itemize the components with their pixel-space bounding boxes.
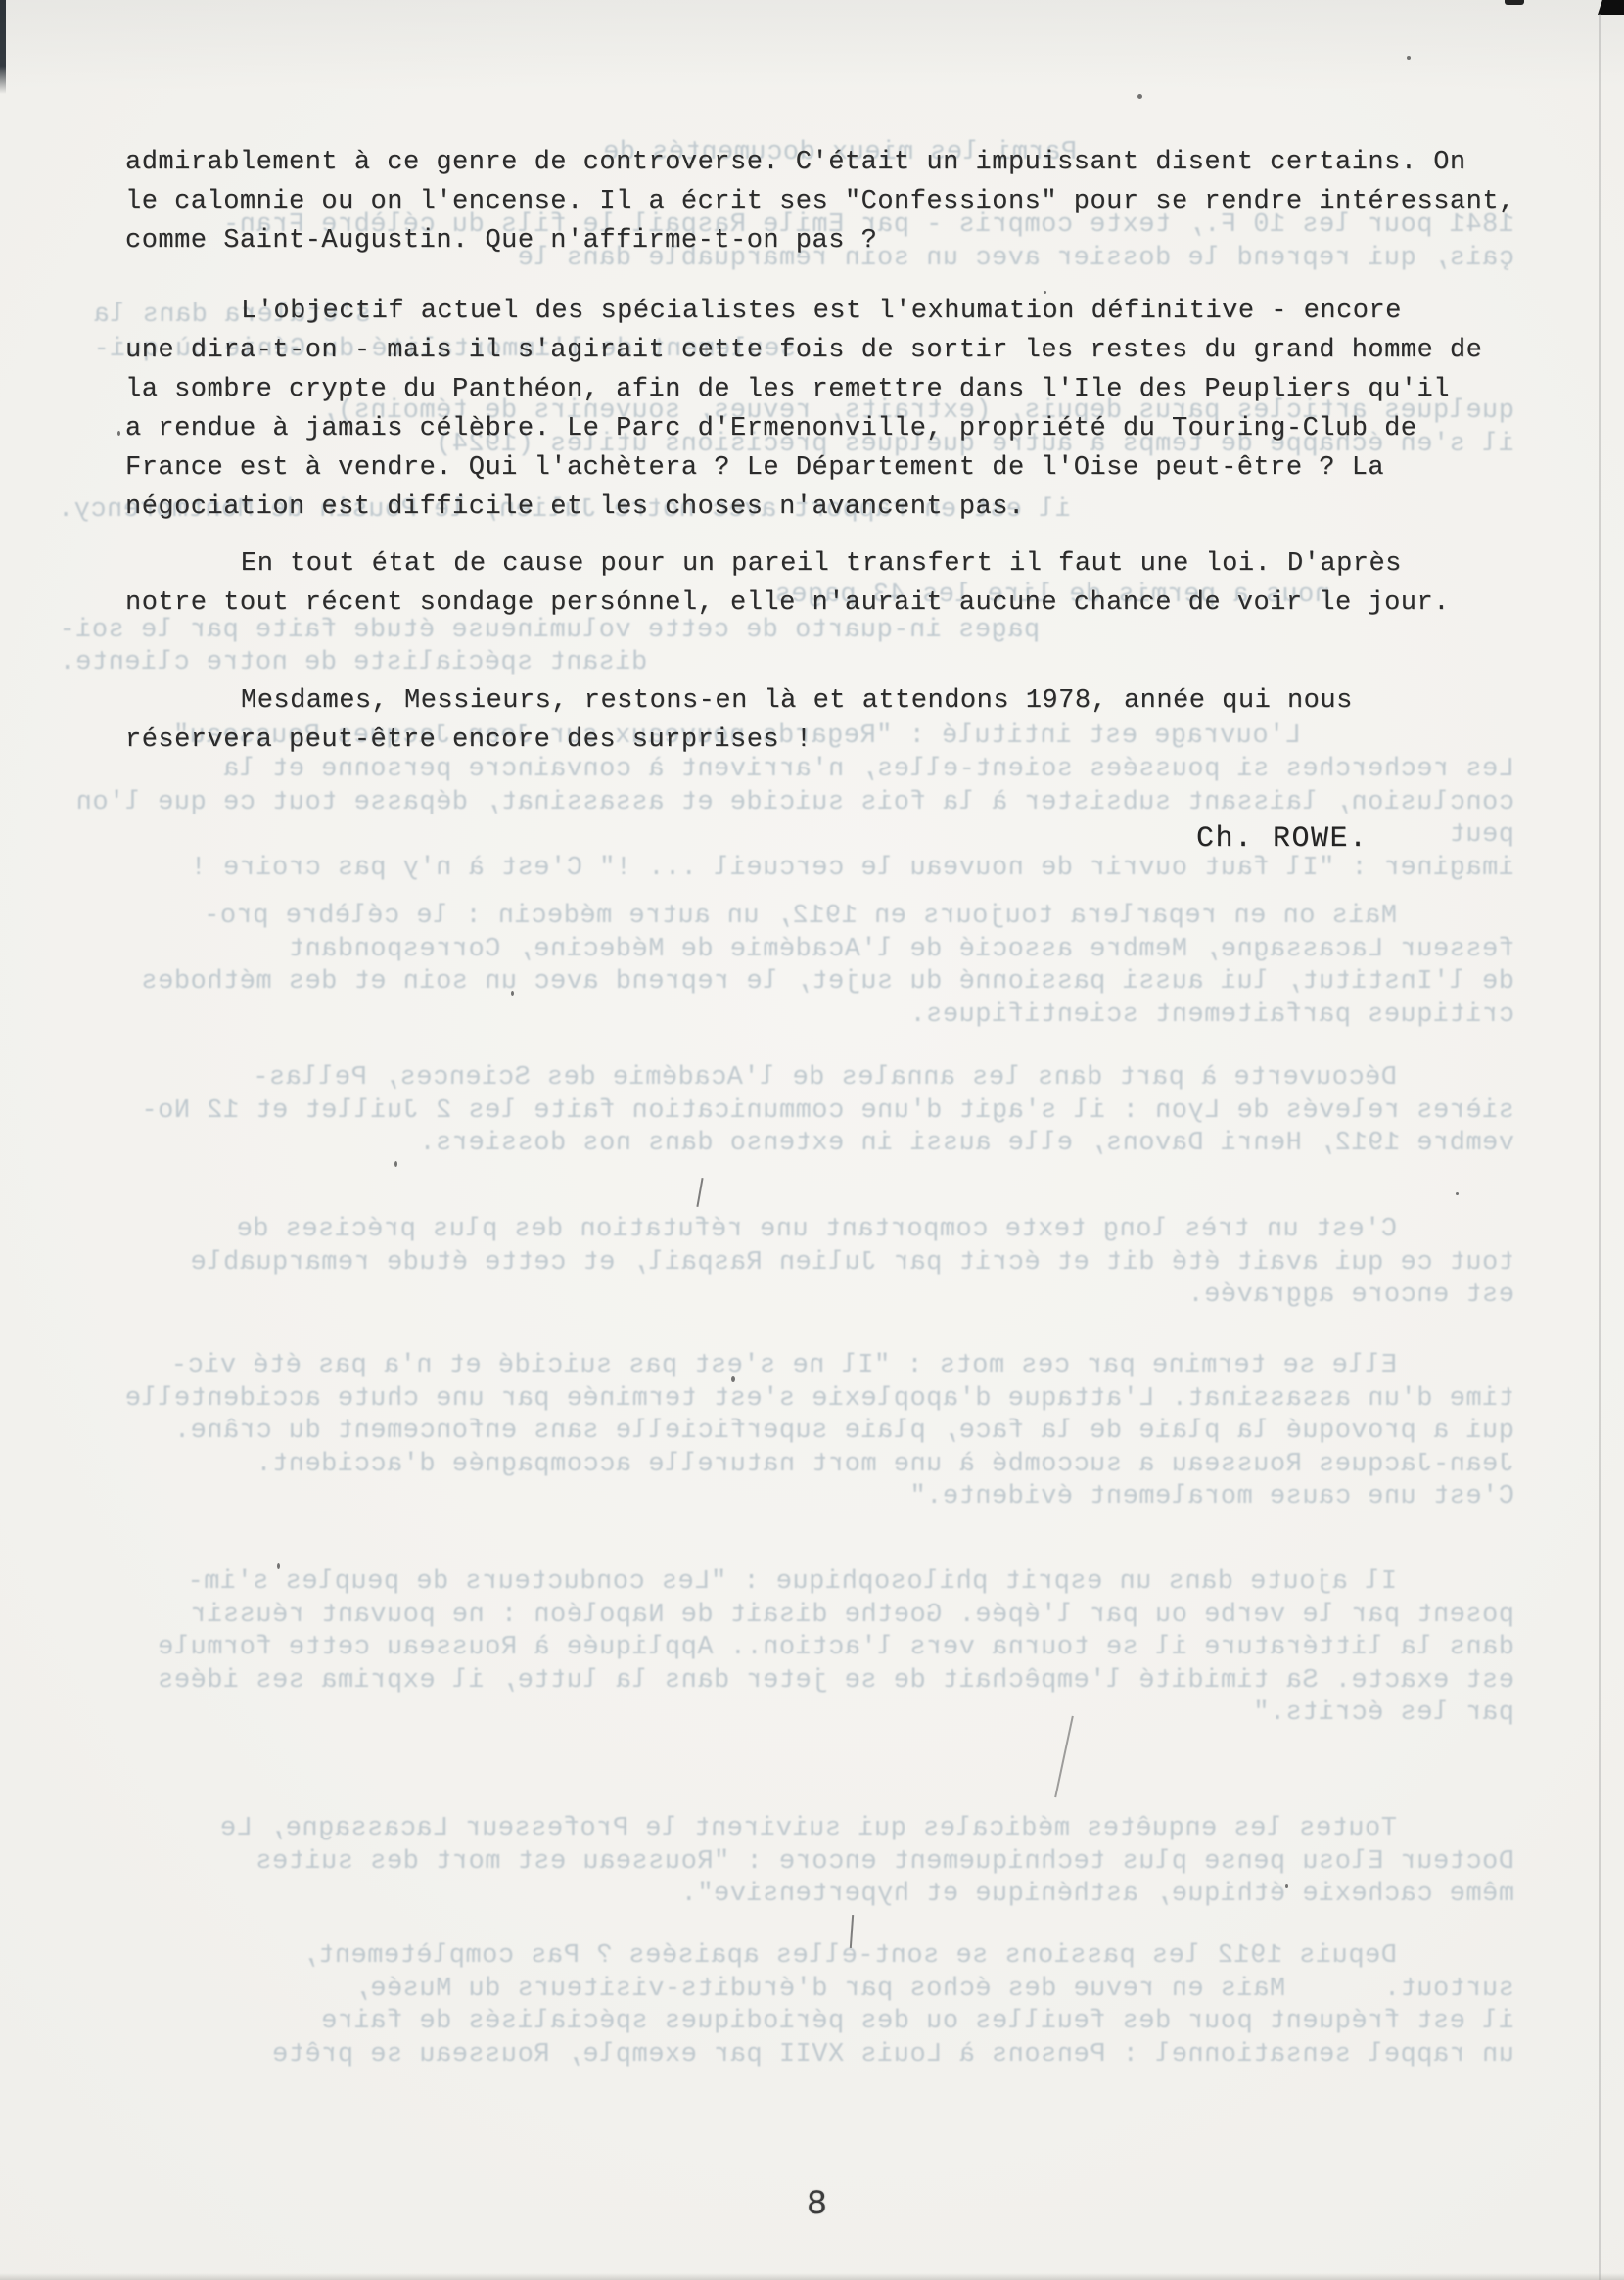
bottom-edge-shadow	[0, 2273, 1624, 2280]
bleed-text-block: Mais on en reparlera toujours en 1912, u…	[0, 901, 1624, 1032]
ink-speck	[511, 991, 514, 996]
scanned-page: Parmi les mieux documentés de 1841 pour …	[0, 0, 1624, 2280]
bleed-text-block: Les recherches si poussées soient-elles,…	[0, 754, 1624, 885]
typed-paragraph: En tout état de cause pour un pareil tra…	[125, 544, 1586, 623]
typed-paragraph: L'objectif actuel des spécialistes est l…	[125, 292, 1586, 527]
ink-speck	[1285, 1884, 1288, 1888]
bleed-text-block: disant spécialiste de notre cliente.	[0, 647, 1624, 680]
ink-speck	[117, 431, 120, 436]
typed-paragraph: Mesdames, Messieurs, restons-en là et at…	[125, 681, 1586, 760]
ink-speck	[1456, 1192, 1459, 1195]
ink-speck	[1407, 56, 1411, 60]
bleed-text-block: Toutes les enquêtes médicales qui suivir…	[0, 1813, 1624, 1912]
signature: Ch. ROWE.	[1196, 822, 1369, 856]
ink-speck	[731, 1376, 735, 1382]
bleed-text-block: Elle se termine par ces mots : "Il ne s'…	[0, 1350, 1624, 1514]
top-edge-mark	[1505, 0, 1524, 5]
bleed-text-block: Découverte à part dans les annales de l'…	[0, 1062, 1624, 1161]
bleed-text-block: C'est un très long texte comportant une …	[0, 1214, 1624, 1313]
ink-speck	[394, 1161, 397, 1167]
right-edge-shadow	[1599, 14, 1601, 2280]
ink-speck	[277, 1563, 280, 1569]
page-number: 8	[807, 2185, 827, 2224]
scan-top-band	[0, 0, 1624, 90]
bleed-text-block: Depuis 1912 les passions se sont-elles a…	[0, 1940, 1624, 2071]
left-edge-scan-artifact	[0, 0, 6, 94]
pen-stroke	[696, 1178, 703, 1207]
typed-paragraph: admirablement à ce genre de controverse.…	[125, 143, 1586, 260]
bleed-text-block: Il ajoute dans un esprit philosophique :…	[0, 1566, 1624, 1731]
ink-speck	[1137, 94, 1142, 99]
ink-speck	[1044, 291, 1046, 294]
